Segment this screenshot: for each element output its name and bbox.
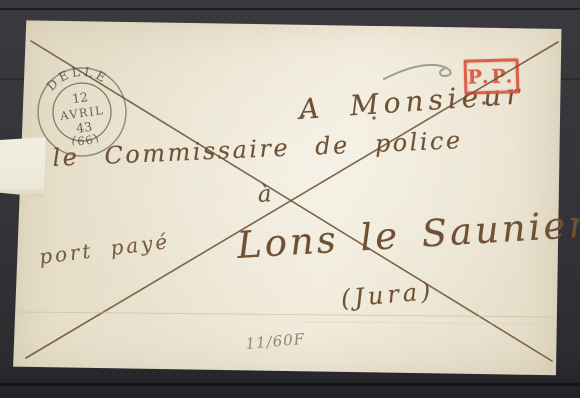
- photo-stage: A Monsieur le Commissaire de police à Lo…: [0, 0, 580, 398]
- address-preposition: à: [257, 183, 272, 207]
- pp-stamp-label: P.P.: [467, 65, 515, 88]
- background-seam: [0, 383, 580, 386]
- pp-stamp: P.P.: [464, 58, 520, 94]
- background-seam: [0, 8, 580, 10]
- paper-flap: [0, 137, 46, 197]
